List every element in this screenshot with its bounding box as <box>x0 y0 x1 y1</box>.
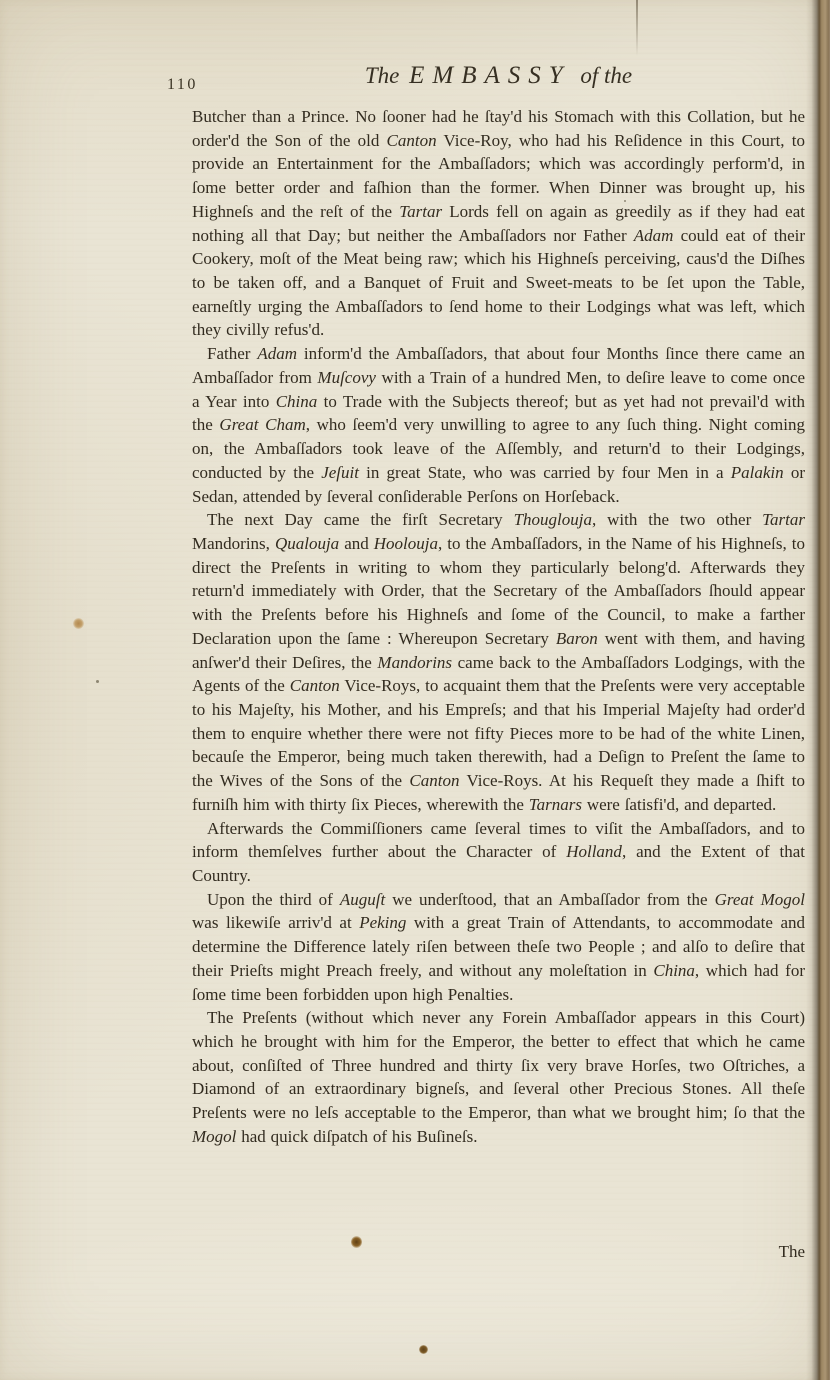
italic-run: Great Cham <box>219 415 305 434</box>
body-text: Butcher than a Prince. No ſooner had he … <box>192 105 805 1149</box>
text-run: and <box>339 534 374 553</box>
text-run: was likewiſe arriv'd at <box>192 913 359 932</box>
italic-run: Auguſt <box>340 890 385 909</box>
italic-run: Great Mogol <box>715 890 805 909</box>
running-title-caps: EMBASSY <box>409 62 571 89</box>
italic-run: Palakin <box>731 463 784 482</box>
paragraph: Upon the third of Auguſt we underſtood, … <box>192 888 805 1007</box>
italic-run: Canton <box>387 131 437 150</box>
italic-run: Adam <box>634 226 674 245</box>
running-title-tail: of the <box>575 63 633 88</box>
scan-background: { "page": { "number": "110", "header": {… <box>0 0 830 1380</box>
italic-run: Muſcovy <box>317 368 376 387</box>
paper-crease <box>636 0 638 56</box>
italic-run: Canton <box>290 676 340 695</box>
text-run: The next Day came the firſt Secretary <box>207 510 514 529</box>
text-run: Upon the third of <box>207 890 340 909</box>
italic-run: China <box>276 392 318 411</box>
italic-run: Peking <box>359 913 406 932</box>
text-run: were ſatisfi'd, and departed. <box>582 795 776 814</box>
italic-run: Holland <box>566 842 622 861</box>
paragraph: Butcher than a Prince. No ſooner had he … <box>192 105 805 342</box>
ink-blot <box>351 1236 362 1248</box>
italic-run: China <box>653 961 695 980</box>
italic-run: Hoolouja <box>374 534 438 553</box>
text-run: Father <box>207 344 257 363</box>
italic-run: Canton <box>409 771 459 790</box>
paper-speck <box>300 1040 302 1043</box>
book-page: 110 The EMBASSY of the Butcher than a Pr… <box>0 0 830 1380</box>
text-run: , with the two other <box>592 510 762 529</box>
foxing-spot <box>419 1345 428 1354</box>
paragraph: The Preſents (without which never any Fo… <box>192 1006 805 1148</box>
italic-run: Thouglouja <box>514 510 592 529</box>
foxing-spot <box>73 618 84 629</box>
italic-run: Tarnars <box>529 795 582 814</box>
running-title: The EMBASSY of the <box>192 62 805 90</box>
italic-run: Adam <box>257 344 297 363</box>
paper-speck <box>624 200 626 202</box>
paragraph: Afterwards the Commiſſioners came ſevera… <box>192 817 805 888</box>
italic-run: Jeſuit <box>321 463 359 482</box>
italic-run: Mogol <box>192 1127 236 1146</box>
text-run: Mandorins, <box>192 534 275 553</box>
italic-run: Tartar <box>762 510 805 529</box>
running-title-lead: The <box>365 63 405 88</box>
italic-run: Mandorins <box>377 653 452 672</box>
paragraph: The next Day came the firſt Secretary Th… <box>192 508 805 816</box>
paragraph: Father Adam inform'd the Ambaſſadors, th… <box>192 342 805 508</box>
book-fore-edge <box>806 0 830 1380</box>
text-run: we underſtood, that an Ambaſſador from t… <box>385 890 714 909</box>
paper-speck <box>96 680 99 683</box>
italic-run: Tartar <box>399 202 442 221</box>
text-run: had quick diſpatch of his Buſineſs. <box>236 1127 477 1146</box>
text-run: The Preſents (without which never any Fo… <box>192 1008 805 1122</box>
italic-run: Qualouja <box>275 534 339 553</box>
catchword: The <box>192 1242 805 1262</box>
italic-run: Baron <box>556 629 598 648</box>
text-run: in great State, who was carried by four … <box>359 463 731 482</box>
